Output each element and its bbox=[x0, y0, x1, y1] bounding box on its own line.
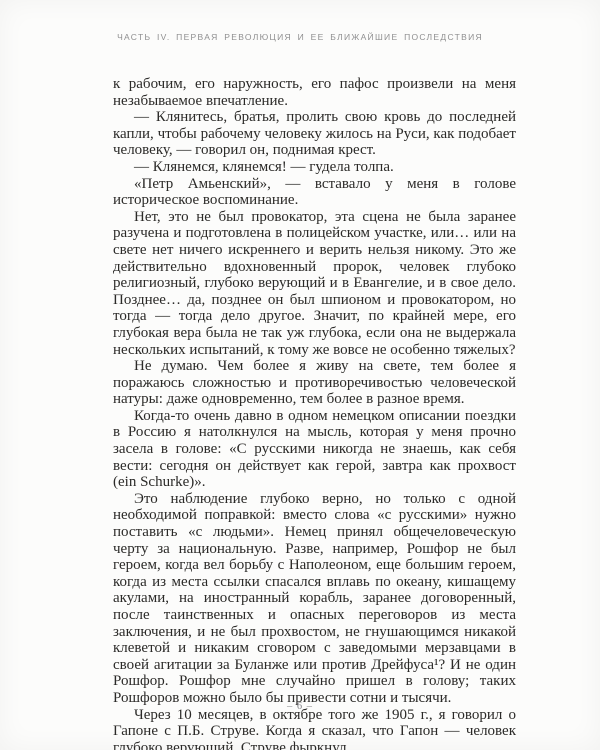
paragraph: Через 10 месяцев, в октябре того же 1905… bbox=[113, 707, 516, 750]
paragraph: Это наблюдение глубоко верно, но только … bbox=[113, 491, 516, 707]
page-number: – 6 – bbox=[0, 701, 600, 712]
paragraph: «Петр Амьенский», — вставало у меня в го… bbox=[113, 176, 516, 209]
paragraph: — Клянемся, клянемся! — гудела толпа. bbox=[113, 159, 516, 176]
book-page: ЧАСТЬ IV. ПЕРВАЯ РЕВОЛЮЦИЯ И ЕЕ БЛИЖАЙШИ… bbox=[0, 0, 600, 750]
page-text-block: к рабочим, его наружность, его пафос про… bbox=[113, 76, 516, 750]
paragraph: — Клянитесь, братья, пролить свою кровь … bbox=[113, 109, 516, 159]
running-head: ЧАСТЬ IV. ПЕРВАЯ РЕВОЛЮЦИЯ И ЕЕ БЛИЖАЙШИ… bbox=[0, 32, 600, 42]
paragraph: к рабочим, его наружность, его пафос про… bbox=[113, 76, 516, 109]
paragraph: Нет, это не был провокатор, эта сцена не… bbox=[113, 209, 516, 358]
paragraph: Не думаю. Чем более я живу на свете, тем… bbox=[113, 358, 516, 408]
paragraph: Когда-то очень давно в одном немецком оп… bbox=[113, 408, 516, 491]
